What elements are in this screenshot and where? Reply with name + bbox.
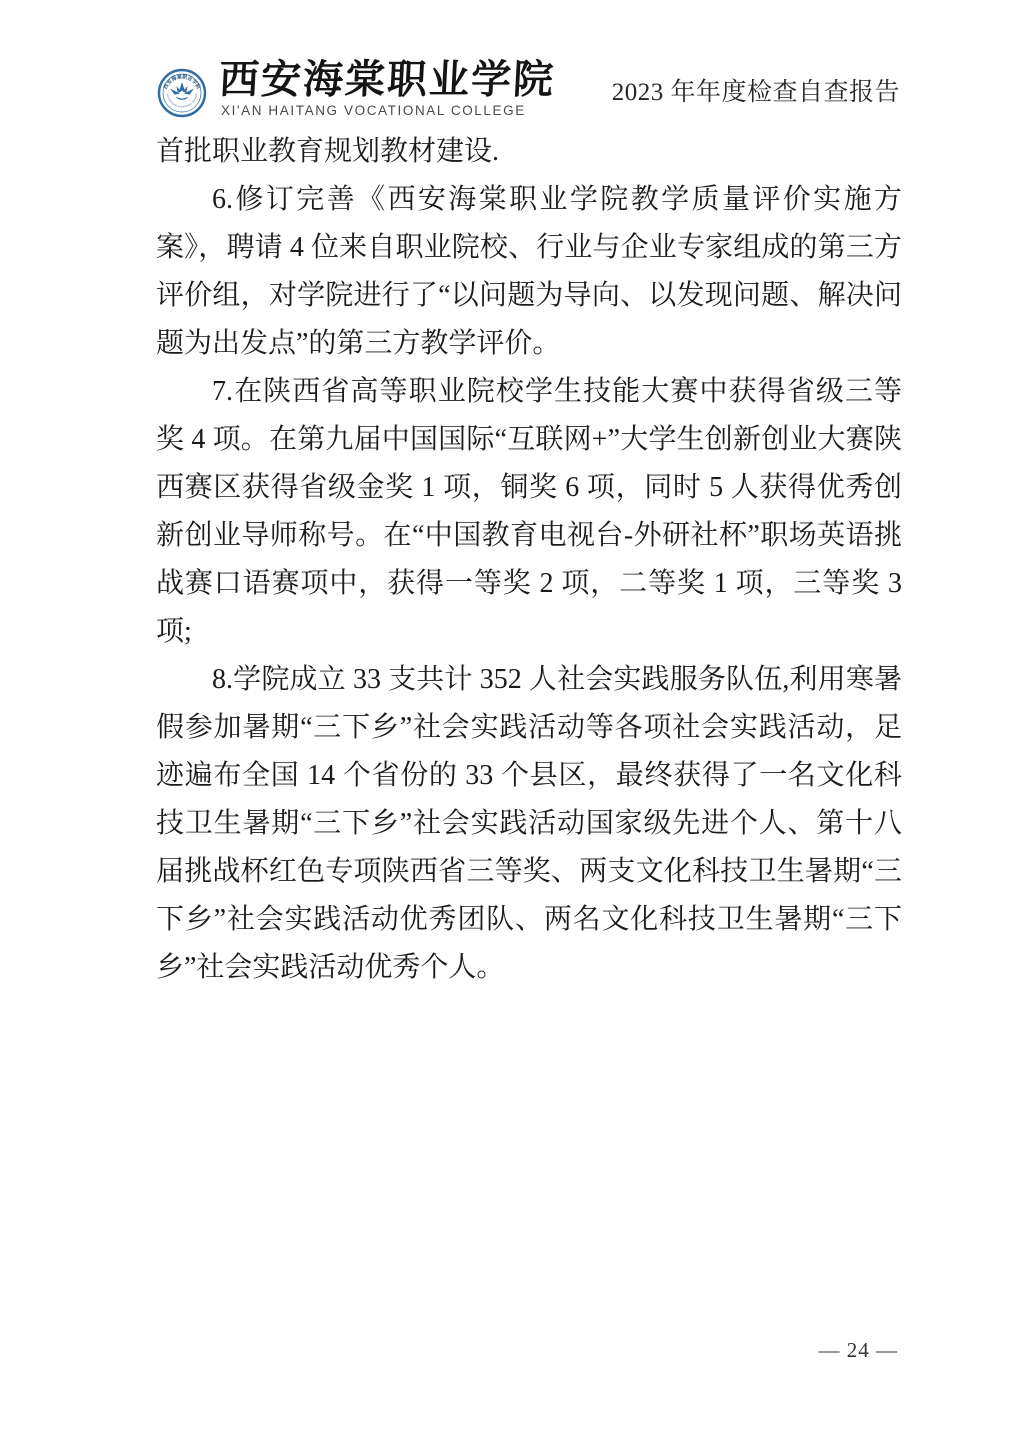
document-body: 首批职业教育规划教材建设. 6.修订完善《西安海棠职业学院教学质量评价实施方案》…	[156, 128, 902, 992]
college-seal-icon: 西安海棠职业学院 XI'AN HAITANG VOCATIONAL COLLEG…	[157, 68, 207, 118]
paragraph: 6.修订完善《西安海棠职业学院教学质量评价实施方案》，聘请 4 位来自职业院校、…	[156, 176, 902, 368]
college-name-english: XI'AN HAITANG VOCATIONAL COLLEGE	[221, 103, 526, 118]
document-page: 西安海棠职业学院 XI'AN HAITANG VOCATIONAL COLLEG…	[0, 0, 1024, 1447]
college-name-calligraphy: 西安海棠职业学院	[218, 58, 556, 102]
page-number: — 24 —	[819, 1338, 899, 1363]
paragraph: 7.在陕西省高等职业院校学生技能大赛中获得省级三等奖 4 项。在第九届中国国际“…	[156, 368, 902, 656]
report-title: 2023 年年度检查自查报告	[612, 72, 900, 108]
paragraph: 首批职业教育规划教材建设.	[156, 128, 902, 176]
paragraph: 8.学院成立 33 支共计 352 人社会实践服务队伍,利用寒暑假参加暑期“三下…	[156, 656, 902, 992]
